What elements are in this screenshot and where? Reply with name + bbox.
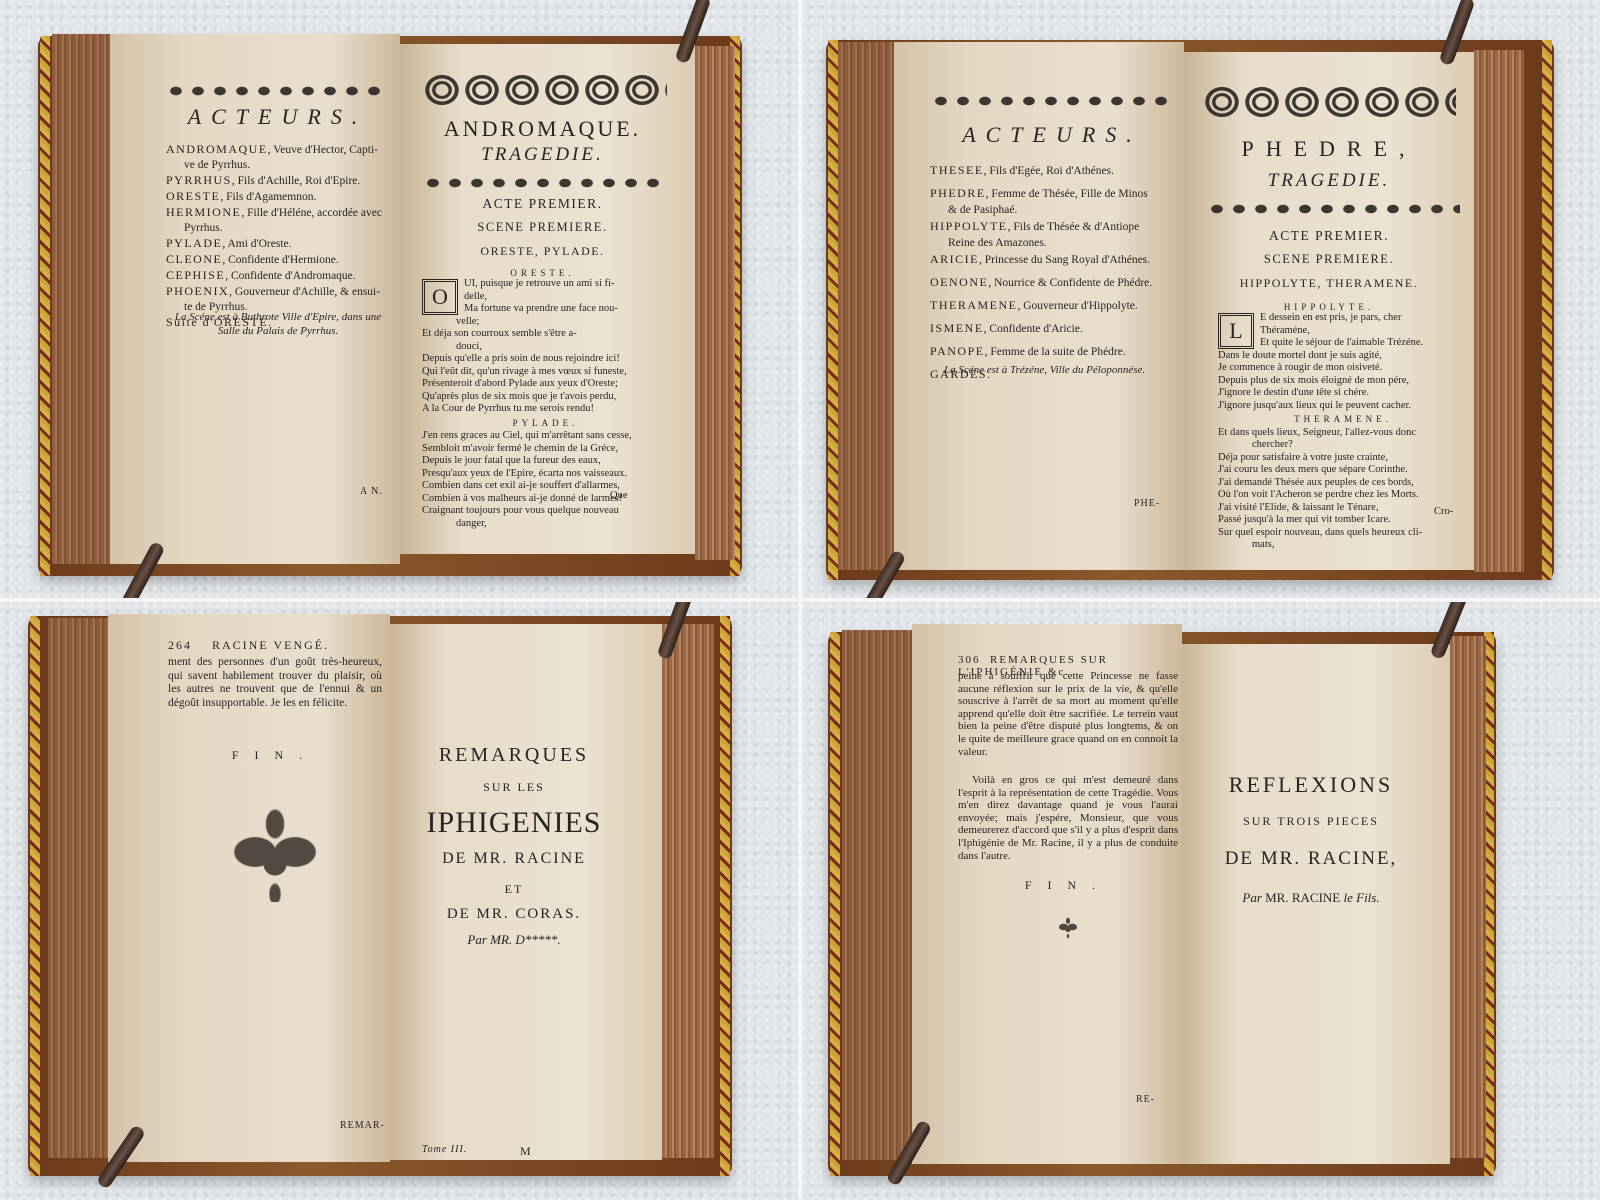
- title-iphigenies: IPHIGENIES: [390, 806, 638, 840]
- gilt-edge: [1542, 40, 1552, 580]
- scene-setting: La Scéne est à Buthrote Ville d'Epire, d…: [170, 310, 386, 338]
- ornament-band: [1206, 200, 1460, 218]
- cast-entry: ORESTE, Fils d'Agamemnon.: [166, 189, 394, 205]
- title-remarques: REMARQUES: [390, 744, 638, 767]
- page-block-right: [1474, 50, 1524, 572]
- photo-phedre: ACTEURS. THESEE, Fils d'Egée, Roi d'Athé…: [802, 0, 1600, 598]
- right-page: REMARQUES SUR LES IPHIGENIES DE MR. RACI…: [390, 624, 662, 1160]
- drop-cap: L: [1218, 313, 1254, 349]
- title-de-racine: DE MR. RACINE,: [1182, 848, 1440, 870]
- gilt-edge: [40, 36, 50, 576]
- play-genre: TRAGEDIE.: [1194, 170, 1464, 192]
- fin-mark: FIN.: [958, 878, 1178, 893]
- ornament-headpiece: [422, 72, 667, 108]
- page-block-right: [662, 624, 714, 1158]
- running-head: 264 RACINE VENGÉ.: [168, 638, 382, 653]
- drop-cap: O: [422, 279, 458, 315]
- fin-mark: FIN.: [168, 748, 382, 763]
- page-number: 264: [168, 638, 192, 652]
- title-et: ET: [390, 882, 638, 897]
- title-sur-trois-pieces: SUR TROIS PIECES: [1182, 814, 1440, 829]
- cast-entry: PYRRHUS, Fils d'Achille, Roi d'Epire.: [166, 173, 394, 189]
- body-text-2: Voilà en gros ce qui m'est demeuré dans …: [958, 774, 1178, 862]
- speaker-name: ORESTE.: [410, 268, 675, 278]
- cast-entry: ARICIE, Princesse du Sang Royal d'Athéne…: [930, 251, 1180, 268]
- scene-characters: ORESTE, PYLADE.: [410, 244, 675, 259]
- gilt-edge: [720, 616, 730, 1176]
- cast-entry: CLEONE, Confidente d'Hermione.: [166, 252, 394, 268]
- cast-entry: PHEDRE, Femme de Thésée, Fille de Minos&…: [930, 185, 1180, 218]
- left-page: ACTEURS. THESEE, Fils d'Egée, Roi d'Athé…: [894, 42, 1184, 570]
- act-heading: ACTE PREMIER.: [1194, 228, 1464, 244]
- cast-list: THESEE, Fils d'Egée, Roi d'Athénes. PHED…: [930, 162, 1180, 383]
- cast-entry: HERMIONE, Fille d'Héléne, accordée avecP…: [166, 205, 394, 236]
- page-block-right: [1450, 636, 1486, 1158]
- page-number: 306: [958, 654, 981, 666]
- ornament-band: [165, 82, 390, 100]
- photo-andromaque: ACTEURS. ANDROMAQUE, Veuve d'Hector, Cap…: [0, 0, 798, 598]
- fleuron-ornament: [225, 802, 325, 902]
- cast-entry: PYLADE, Ami d'Oreste.: [166, 236, 394, 252]
- signature-mark: A N.: [360, 486, 400, 497]
- speaker-name: PYLADE.: [422, 417, 669, 430]
- ornament-band: [930, 92, 1174, 110]
- title-de-coras: DE MR. CORAS.: [390, 906, 638, 923]
- photo-reflexions: 306 REMARQUES SUR L'IPHIGÉNIE &c. peine …: [802, 602, 1600, 1200]
- cast-list: ANDROMAQUE, Veuve d'Hector, Capti-ve de …: [166, 142, 394, 331]
- page-block-left: [842, 630, 912, 1160]
- body-text: ment des personnes d'un goût très-heureu…: [168, 656, 382, 710]
- cast-entry: THESEE, Fils d'Egée, Roi d'Athénes.: [930, 162, 1180, 179]
- right-page: ANDROMAQUE. TRAGEDIE. ACTE PREMIER. SCEN…: [400, 44, 695, 554]
- speaker-name: THERAMENE.: [1218, 413, 1468, 426]
- title-author: Par MR. D*****.: [390, 932, 638, 948]
- scene-setting: La Scéne est à Trézéne, Ville du Pélopon…: [944, 364, 1164, 376]
- running-title: RACINE VENGÉ.: [212, 638, 329, 652]
- gilt-edge: [30, 616, 40, 1176]
- signature-mark: M: [520, 1144, 662, 1159]
- speaker-name: HIPPOLYTE.: [1194, 302, 1464, 312]
- right-page: REFLEXIONS SUR TROIS PIECES DE MR. RACIN…: [1182, 644, 1450, 1164]
- title-reflexions: REFLEXIONS: [1182, 772, 1440, 798]
- gilt-edge: [830, 632, 840, 1176]
- body-text-1: peine à souffrir que cette Princesse ne …: [958, 670, 1178, 758]
- play-genre: TRAGEDIE.: [410, 144, 675, 166]
- gilt-edge: [828, 40, 838, 580]
- cast-entry: HIPPOLYTE, Fils de Thésée & d'AntiopeRei…: [930, 218, 1180, 251]
- left-page: 306 REMARQUES SUR L'IPHIGÉNIE &c. peine …: [912, 624, 1182, 1164]
- title-sur-les: SUR LES: [390, 780, 638, 795]
- fleuron-ornament: [1057, 916, 1079, 938]
- acteurs-heading: ACTEURS.: [930, 122, 1174, 148]
- act-heading: ACTE PREMIER.: [410, 196, 675, 212]
- scene-characters: HIPPOLYTE, THERAMENE.: [1194, 276, 1464, 291]
- right-page: PHEDRE, TRAGEDIE. ACTE PREMIER. SCENE PR…: [1184, 52, 1474, 570]
- scene-heading: SCENE PREMIERE.: [410, 220, 675, 235]
- cast-entry: OENONE, Nourrice & Confidente de Phédre.: [930, 274, 1180, 291]
- verse-block: L E dessein en est pris, je pars, cher T…: [1218, 312, 1468, 552]
- catchword: Que: [610, 490, 695, 501]
- left-page: 264 RACINE VENGÉ. ment des personnes d'u…: [108, 614, 390, 1162]
- title-de-racine: DE MR. RACINE: [390, 850, 638, 868]
- cast-entry: ANDROMAQUE, Veuve d'Hector, Capti-ve de …: [166, 142, 394, 173]
- title-author: Par MR. RACINE le Fils.: [1182, 890, 1440, 906]
- signature-mark: RE-: [1136, 1094, 1182, 1105]
- cast-entry: PANOPE, Femme de la suite de Phédre.: [930, 343, 1180, 360]
- acteurs-heading: ACTEURS.: [165, 104, 390, 130]
- scene-heading: SCENE PREMIERE.: [1194, 252, 1464, 267]
- play-title: PHEDRE,: [1194, 136, 1464, 162]
- left-page: ACTEURS. ANDROMAQUE, Veuve d'Hector, Cap…: [110, 34, 400, 564]
- page-block-left: [48, 618, 108, 1158]
- cast-entry: CEPHISE, Confidente d'Andromaque.: [166, 268, 394, 284]
- page-block-left: [52, 34, 110, 564]
- ornament-band: [422, 174, 667, 192]
- ornament-headpiece: [1202, 84, 1456, 120]
- signature-mark: PHE-: [1134, 498, 1184, 509]
- play-title: ANDROMAQUE.: [410, 116, 675, 142]
- catchword: Cro-: [1434, 506, 1474, 517]
- page-block-left: [838, 42, 894, 570]
- grid-divider: [798, 0, 802, 1200]
- signature-mark: REMAR-: [340, 1120, 390, 1131]
- cast-entry: ISMENE, Confidente d'Aricie.: [930, 320, 1180, 337]
- page-block-right: [695, 46, 735, 560]
- photo-remarques-iphigenies: 264 RACINE VENGÉ. ment des personnes d'u…: [0, 602, 798, 1200]
- cast-entry: THERAMENE, Gouverneur d'Hippolyte.: [930, 297, 1180, 314]
